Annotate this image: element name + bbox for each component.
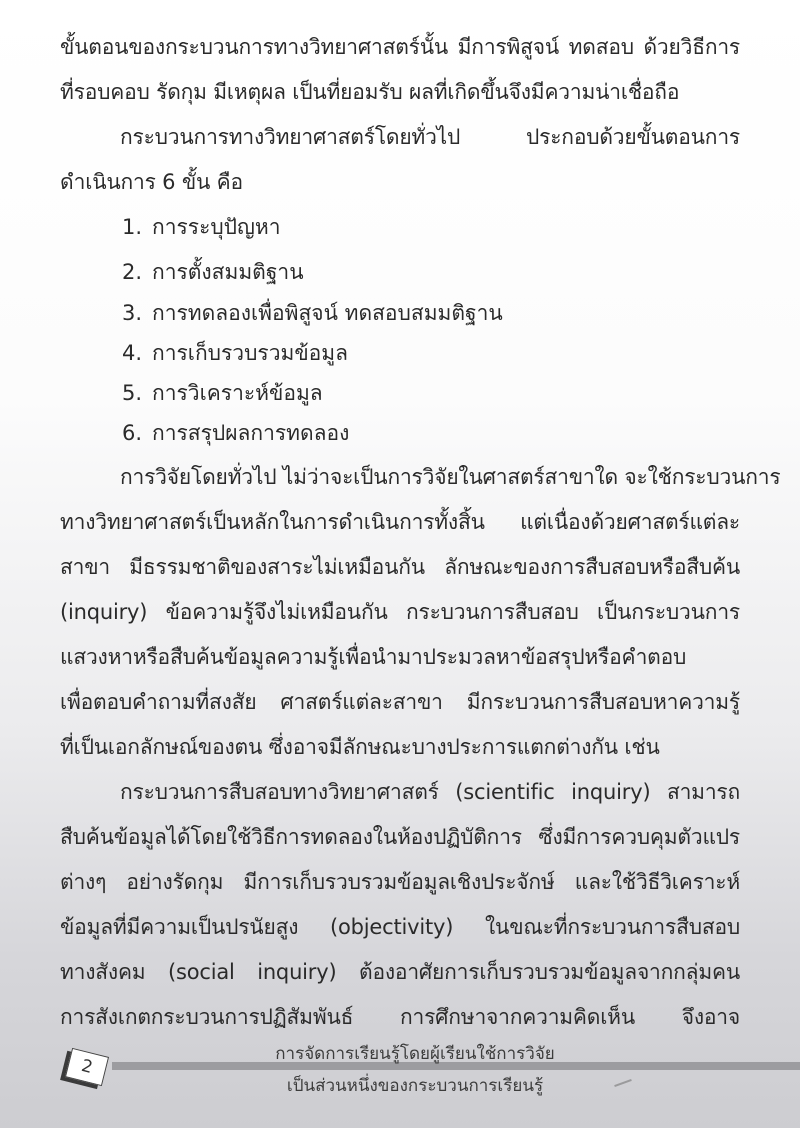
paragraph-3-line-4: (inquiry) ข้อความรู้จึงไม่เหมือนกัน กระบ… <box>60 597 740 627</box>
paragraph-2-line-1: กระบวนการทางวิทยาศาสตร์โดยทั่วไป ประกอบด… <box>120 122 740 152</box>
step-number: 1. <box>122 212 152 242</box>
paragraph-3-line-6: เพื่อตอบคำถามที่สงสัย ศาสตร์แต่ละสาขา มี… <box>60 687 740 717</box>
step-label: การระบุปัญหา <box>152 215 281 239</box>
paragraph-4-line-4: ข้อมูลที่มีความเป็นปรนัยสูง (objectivity… <box>60 912 740 942</box>
step-number: 2. <box>122 257 152 287</box>
footer-title-line-1: การจัดการเรียนรู้โดยผู้เรียนใช้การวิจัย <box>200 1040 630 1067</box>
step-label: การสรุปผลการทดลอง <box>152 421 349 445</box>
paragraph-4-line-1: กระบวนการสืบสอบทางวิทยาศาสตร์ (scientifi… <box>120 777 740 807</box>
step-label: การวิเคราะห์ข้อมูล <box>152 381 323 405</box>
step-item: 2.การตั้งสมมติฐาน <box>122 257 304 287</box>
step-number: 3. <box>122 298 152 328</box>
paragraph-3-line-5: แสวงหาหรือสืบค้นข้อมูลความรู้เพื่อนำมาปร… <box>60 642 740 672</box>
paragraph-4-line-5: ทางสังคม (social inquiry) ต้องอาศัยการเก… <box>60 957 740 987</box>
paragraph-2-line-2: ดำเนินการ 6 ขั้น คือ <box>60 167 740 197</box>
paragraph-1-line-1: ขั้นตอนของกระบวนการทางวิทยาศาสตร์นั้น มี… <box>60 32 740 62</box>
page-number-badge: 2 <box>65 1048 109 1086</box>
step-item: 4.การเก็บรวบรวมข้อมูล <box>122 338 348 368</box>
step-number: 5. <box>122 378 152 408</box>
book-page: ขั้นตอนของกระบวนการทางวิทยาศาสตร์นั้น มี… <box>0 0 800 1128</box>
step-item: 6.การสรุปผลการทดลอง <box>122 418 349 448</box>
step-number: 6. <box>122 418 152 448</box>
paragraph-3-line-1: การวิจัยโดยทั่วไป ไม่ว่าจะเป็นการวิจัยใน… <box>120 462 740 492</box>
paragraph-1-line-2: ที่รอบคอบ รัดกุม มีเหตุผล เป็นที่ยอมรับ … <box>60 77 740 107</box>
paragraph-3-line-3: สาขา มีธรรมชาติของสาระไม่เหมือนกัน ลักษณ… <box>60 552 740 582</box>
paragraph-3-line-2: ทางวิทยาศาสตร์เป็นหลักในการดำเนินการทั้ง… <box>60 507 740 537</box>
step-item: 5.การวิเคราะห์ข้อมูล <box>122 378 323 408</box>
step-label: การตั้งสมมติฐาน <box>152 260 304 284</box>
paragraph-3-line-7: ที่เป็นเอกลักษณ์ของตน ซึ่งอาจมีลักษณะบาง… <box>60 732 740 762</box>
step-label: การเก็บรวบรวมข้อมูล <box>152 341 348 365</box>
footer-title-line-2: เป็นส่วนหนึ่งของกระบวนการเรียนรู้ <box>200 1072 630 1099</box>
paragraph-4-line-3: ต่างๆ อย่างรัดกุม มีการเก็บรวบรวมข้อมูลเ… <box>60 867 740 897</box>
paragraph-4-line-2: สืบค้นข้อมูลได้โดยใช้วิธีการทดลองในห้องป… <box>60 822 740 852</box>
paragraph-4-line-6: การสังเกตกระบวนการปฏิสัมพันธ์ การศึกษาจา… <box>60 1002 740 1032</box>
step-item: 3.การทดลองเพื่อพิสูจน์ ทดสอบสมมติฐาน <box>122 298 503 328</box>
page-number: 2 <box>79 1056 94 1078</box>
step-label: การทดลองเพื่อพิสูจน์ ทดสอบสมมติฐาน <box>152 301 503 325</box>
step-item: 1.การระบุปัญหา <box>122 212 281 242</box>
step-number: 4. <box>122 338 152 368</box>
